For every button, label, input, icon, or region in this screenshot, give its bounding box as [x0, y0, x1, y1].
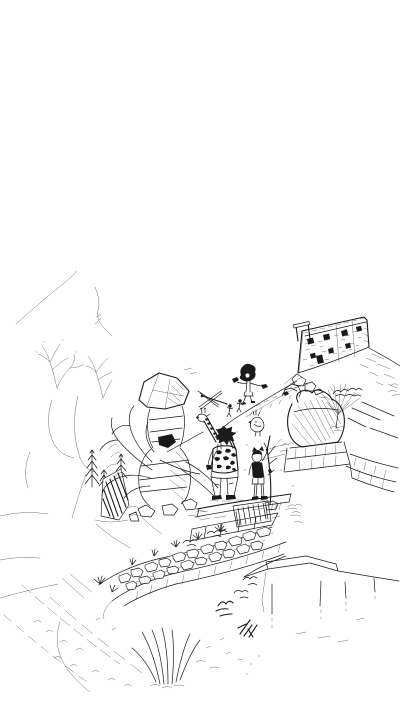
pillar-cap-cracks [147, 373, 184, 409]
stone-house [292, 317, 369, 395]
pillar-cap-hatch [168, 382, 184, 406]
crest-stones [256, 392, 286, 406]
illustration-page [0, 0, 400, 711]
giraffe-creature [196, 408, 221, 450]
step-riser-hatch [236, 503, 268, 525]
hill-ridge-line [16, 271, 76, 324]
sketch-diagonal [22, 585, 120, 664]
bird-tuft [253, 410, 260, 416]
girl-legs [243, 396, 252, 403]
man-camo-pattern [214, 449, 236, 471]
pillar-cap [139, 373, 189, 409]
girl-feet [241, 401, 255, 405]
wobbly-outline [57, 622, 90, 692]
arrow-tuft [238, 620, 257, 637]
dragonfly-head [201, 395, 204, 398]
side-dashes [196, 638, 243, 668]
bird-legs [255, 432, 260, 436]
foundation-rocks [292, 374, 323, 395]
grass-squiggles [34, 618, 131, 686]
child-legs [254, 484, 264, 497]
illustration-canvas [0, 0, 400, 711]
giraffe-ossicone [200, 408, 202, 410]
crest-line-right [369, 348, 400, 366]
giraffe-ossicone [204, 408, 206, 410]
chimney-cap [293, 322, 310, 329]
slab-verticals [272, 578, 375, 614]
dark-bush [216, 601, 233, 616]
slab-path-edge [244, 556, 286, 577]
boulder-hatch [292, 398, 341, 445]
ledge-shade [271, 502, 303, 523]
stone-slabs [244, 556, 399, 642]
cobblestone-path [0, 512, 286, 619]
tiny-creature-head [228, 404, 231, 407]
bird-body [250, 417, 264, 432]
outcrop-sticks [284, 374, 308, 388]
grass-scribble [234, 577, 257, 598]
tiny-creature-head [238, 399, 241, 402]
fallen-sticks [348, 402, 398, 438]
foreground-sketch [4, 574, 260, 692]
pillar-shadow-notch [158, 434, 176, 448]
clump-base-scribble [150, 685, 184, 689]
crest-debris [184, 368, 197, 374]
rock-outline [25, 452, 30, 488]
rock-outline [48, 400, 74, 458]
grass-clump-blades [132, 628, 200, 684]
boulder-base-slabs [284, 442, 350, 472]
edge-scrub [388, 384, 400, 396]
girl-face [245, 373, 249, 377]
slope-hatch [360, 354, 397, 388]
slab-top-edge [266, 556, 338, 571]
child-figure [249, 436, 270, 500]
slab-crack [262, 572, 266, 612]
hill-twig [95, 314, 101, 324]
fade-dots [246, 656, 260, 674]
tiny-creatures [227, 399, 243, 417]
path-fade-left [0, 512, 112, 619]
man-shoes [212, 495, 236, 500]
right-boulder [262, 390, 398, 492]
girl-arms [237, 382, 261, 386]
dark-rock [95, 469, 129, 522]
twig-bush [38, 344, 84, 388]
child-left-arm [249, 464, 252, 475]
ground-line [95, 520, 128, 522]
left-rock-pillar [128, 373, 208, 521]
bird-eye [255, 421, 256, 422]
tiny-creature-body [227, 407, 233, 417]
slab-fade-dots [272, 596, 375, 628]
twig-bush [86, 356, 112, 398]
ledges-right [346, 454, 398, 492]
bird-creature [248, 410, 264, 436]
dragonfly-wings [198, 391, 222, 409]
dragonfly [198, 391, 227, 409]
man-figure [206, 426, 238, 500]
bird-beak [248, 421, 251, 424]
shadow-dashes [210, 500, 268, 501]
child-shirt [252, 462, 264, 478]
dragonfly-body [203, 396, 227, 404]
ledge-hatch [354, 458, 386, 488]
hill-crest [218, 348, 400, 431]
tiny-creature-body [237, 403, 243, 412]
twig-bushes [36, 340, 112, 398]
man-left-hand [206, 465, 212, 470]
man-pants [211, 470, 238, 496]
girl-figure [232, 364, 268, 405]
hill-ridge-line [95, 287, 112, 336]
slab-lower-dashes [296, 618, 364, 642]
pillar-rubble [129, 499, 197, 521]
edge-hatch [62, 574, 92, 598]
roof-dashes [304, 318, 364, 333]
giraffe-muzzle [196, 416, 199, 419]
